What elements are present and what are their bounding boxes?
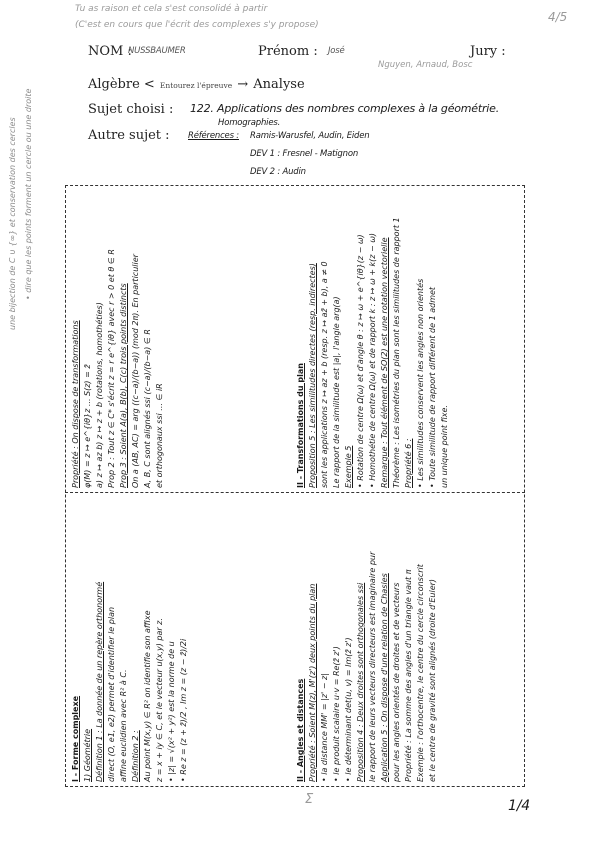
epreuve-right: Analyse: [253, 77, 304, 92]
handwritten-line: Au point M(x,y) ∈ R² on identifie son af…: [142, 496, 154, 782]
lower-right-block: II - Angles et distancesPropriété : Soie…: [295, 496, 523, 782]
handwritten-line: I - Forme complexe: [70, 496, 82, 782]
handwritten-line: Théorème : Les isométries du plan sont l…: [391, 192, 403, 488]
handwritten-line: Propriété : Soient M(z), M'(z') deux poi…: [307, 496, 319, 782]
sujet-label: Sujet choisi :: [88, 102, 173, 117]
corner-mark: 4/5: [548, 10, 567, 24]
jury-label: Jury :: [470, 44, 506, 59]
page-number: 1/4: [508, 798, 530, 814]
handwritten-line: • le produit scalaire u·v = Re(z̄ z'): [331, 496, 343, 782]
handwritten-line: • la distance MM' = |z' − z|: [319, 496, 331, 782]
handwritten-line: • Les similitudes conservent les angles …: [415, 192, 427, 488]
handwritten-line: • |z| = √(x² + y²) est la norme de u: [166, 496, 178, 782]
top-note-2: (C'est en cours que l'écrit des complexe…: [75, 20, 319, 30]
handwritten-line: On a (AB, AC) = arg ((c−a)/(b−a)) (mod 2…: [130, 192, 142, 488]
handwritten-line: Le rapport de la similitude est |a|, l'a…: [331, 192, 343, 488]
handwritten-line: Remarque : Tout élément de SO(2) est une…: [379, 192, 391, 488]
handwritten-line: φ(M) = z ↦ e^{iθ}z ... S(z) = z̄: [82, 192, 94, 488]
handwritten-line: pour les angles orientés de droites et d…: [391, 496, 403, 782]
handwritten-line: A, B, C sont alignés ssi (c−a)/(b−a) ∈ R: [142, 192, 154, 488]
handwritten-line: Proposition 4 : Deux droites sont orthog…: [355, 496, 367, 782]
handwritten-line: z = x + iy ∈ C, et le vecteur u(x,y) par…: [154, 496, 166, 782]
margin-note-1: une bijection de C ∪ {∞} et conservation…: [8, 117, 17, 330]
sujet-value: 122. Applications des nombres complexes …: [190, 102, 499, 115]
jury-note: Nguyen, Arnaud, Bosc: [378, 60, 472, 70]
prenom-label: Prénom :: [258, 44, 318, 59]
handwritten-line: a) z ↦ az b) z ↦ z + b (rotations, homot…: [94, 192, 106, 488]
handwritten-line: et orthogonaux ssi ... ∈ iR: [154, 192, 166, 488]
sujet-value-2: Homographies.: [218, 118, 280, 128]
stamp-mark: Σ: [305, 792, 313, 807]
lower-left-block: I - Forme complexe1) GéométrieDéfinition…: [70, 496, 290, 782]
handwritten-line: Proposition 5 : Les similitudes directes…: [307, 192, 319, 488]
handwritten-line: Définition 1 : La donnée de un repère or…: [94, 496, 106, 782]
references-value: Ramis-Warusfel, Audin, Eiden: [250, 131, 369, 141]
epreuve-arrow: →: [237, 77, 248, 92]
handwritten-line: • Rotation de centre Ω(ω) et d'angle θ :…: [355, 192, 367, 488]
handwritten-line: Application 5 : On dispose d'une relatio…: [379, 496, 391, 782]
handwritten-line: Prop 3 : Soient A(a), B(b), C(c) trois p…: [118, 192, 130, 488]
handwritten-line: affine euclidien avec R² à C.: [118, 496, 130, 782]
epreuve-left: Algèbre <: [88, 77, 155, 92]
handwritten-line: Définition 2 :: [130, 496, 142, 782]
handwritten-line: Propriété : La somme des angles d'un tri…: [403, 496, 415, 782]
handwritten-line: Propriété 6 :: [403, 192, 415, 488]
handwritten-line: • Homothétie de centre Ω(ω) et de rappor…: [367, 192, 379, 488]
handwritten-line: Prop 2 : Tout z ∈ C* s'écrit z = r e^{iθ…: [106, 192, 118, 488]
nom-label: NOM :: [88, 44, 132, 59]
handwritten-line: le rapport de leurs vecteurs directeurs …: [367, 496, 379, 782]
handwritten-line: Exemple 5: [343, 192, 355, 488]
handwritten-line: • le déterminant det(u, v) = Im(z̄ z'): [343, 496, 355, 782]
upper-left-block: Propriété : On dispose de transformation…: [70, 192, 290, 488]
dev1: DEV 1 : Fresnel - Matignon: [250, 149, 358, 159]
handwritten-line: Exemple : l'orthocentre, le centre du ce…: [415, 496, 427, 782]
handwritten-line: • Re z = (z + z̄)/2 , Im z = (z − z̄)/2i: [178, 496, 190, 782]
handwritten-line: un unique point fixe.: [439, 192, 451, 488]
top-note-1: Tu as raison et cela s'est consolidé à p…: [75, 4, 267, 14]
dev2: DEV 2 : Audin: [250, 167, 306, 177]
handwritten-line: Propriété : On dispose de transformation…: [70, 192, 82, 488]
epreuve-row: Algèbre < Entourez l'épreuve → Analyse: [88, 73, 305, 92]
handwritten-line: direct (O, e1, e2) permet d'identifier l…: [106, 496, 118, 782]
margin-note-2: • dire que les points forment un cercle …: [24, 89, 33, 300]
autre-label: Autre sujet :: [88, 128, 170, 143]
upper-right-block: II - Transformations du planProposition …: [295, 192, 523, 488]
handwritten-line: • Toute similitude de rapport différent …: [427, 192, 439, 488]
handwritten-line: 1) Géométrie: [82, 496, 94, 782]
references-label: Références :: [188, 131, 239, 141]
nom-value: NUSSBAUMER: [128, 46, 186, 56]
handwritten-line: sont les applications z ↦ az + b (resp. …: [319, 192, 331, 488]
handwritten-line: II - Transformations du plan: [295, 192, 307, 488]
handwritten-line: et le centre de gravité sont alignés (dr…: [427, 496, 439, 782]
epreuve-hint: Entourez l'épreuve: [160, 81, 232, 90]
frame-divider: [65, 492, 525, 493]
handwritten-line: II - Angles et distances: [295, 496, 307, 782]
prenom-value: José: [328, 46, 345, 56]
